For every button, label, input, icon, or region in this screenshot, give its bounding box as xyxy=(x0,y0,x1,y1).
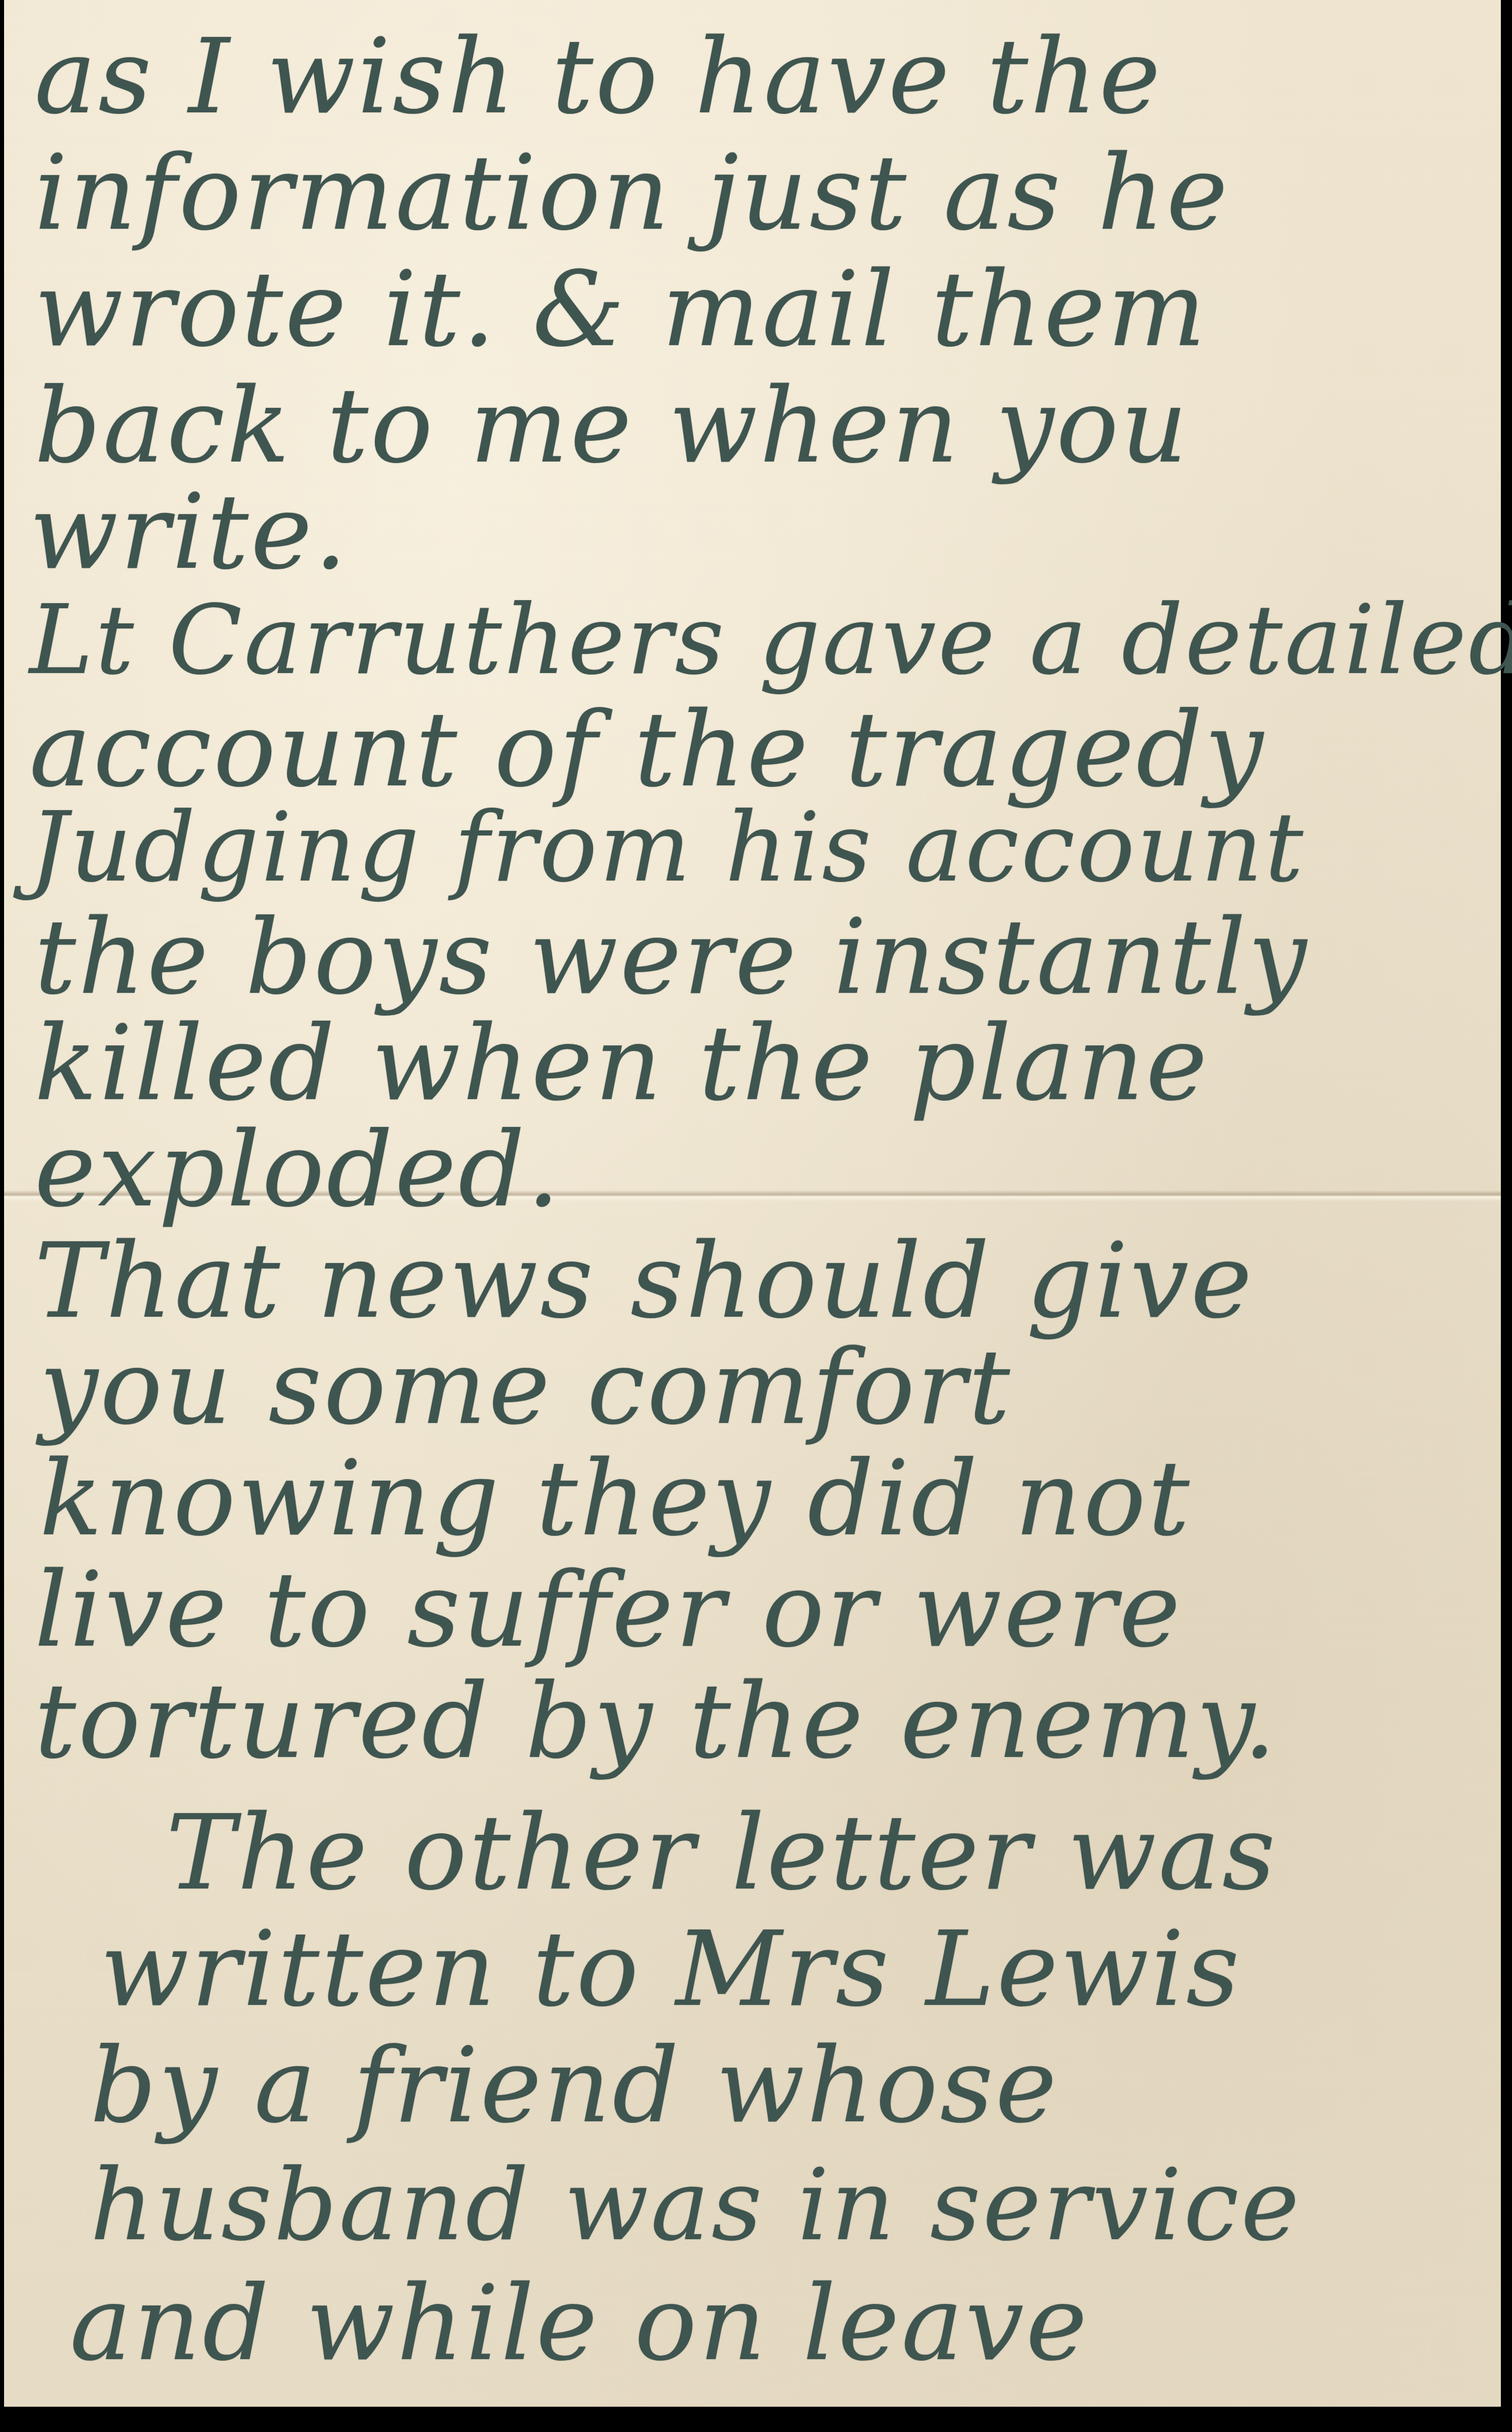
letter-line: wrote it. & mail them xyxy=(34,258,1208,362)
letter-line: as I wish to have the xyxy=(34,25,1162,129)
letter-line: back to me when you xyxy=(34,374,1190,478)
letter-line: write. xyxy=(29,481,349,584)
letter-line: live to suffer or were xyxy=(34,1559,1183,1662)
letter-line: killed when the plane xyxy=(34,1012,1209,1116)
letter-line: information just as he xyxy=(34,142,1230,245)
letter-line: and while on leave xyxy=(70,2272,1089,2376)
letter-line: the boys were instantly xyxy=(34,906,1309,1010)
letter-line: by a friend whose xyxy=(90,2034,1059,2138)
letter-line: written to Mrs Lewis xyxy=(100,1918,1241,2022)
letter-line: The other letter was xyxy=(166,1801,1278,1905)
letter-line: tortured by the enemy. xyxy=(34,1670,1278,1774)
letter-line: exploded. xyxy=(34,1118,562,1222)
letter-line: That news should give xyxy=(34,1230,1254,1333)
letter-line: husband was in service xyxy=(90,2156,1301,2254)
letter-page: as I wish to have the information just a… xyxy=(4,0,1501,2407)
letter-line: you some comfort xyxy=(39,1336,1012,1440)
letter-line: Judging from his account xyxy=(29,800,1306,896)
letter-line: account of the tragedy xyxy=(29,698,1265,802)
letter-line: knowing they did not xyxy=(39,1447,1192,1551)
letter-line: Lt Carruthers gave a detailed xyxy=(29,592,1512,688)
